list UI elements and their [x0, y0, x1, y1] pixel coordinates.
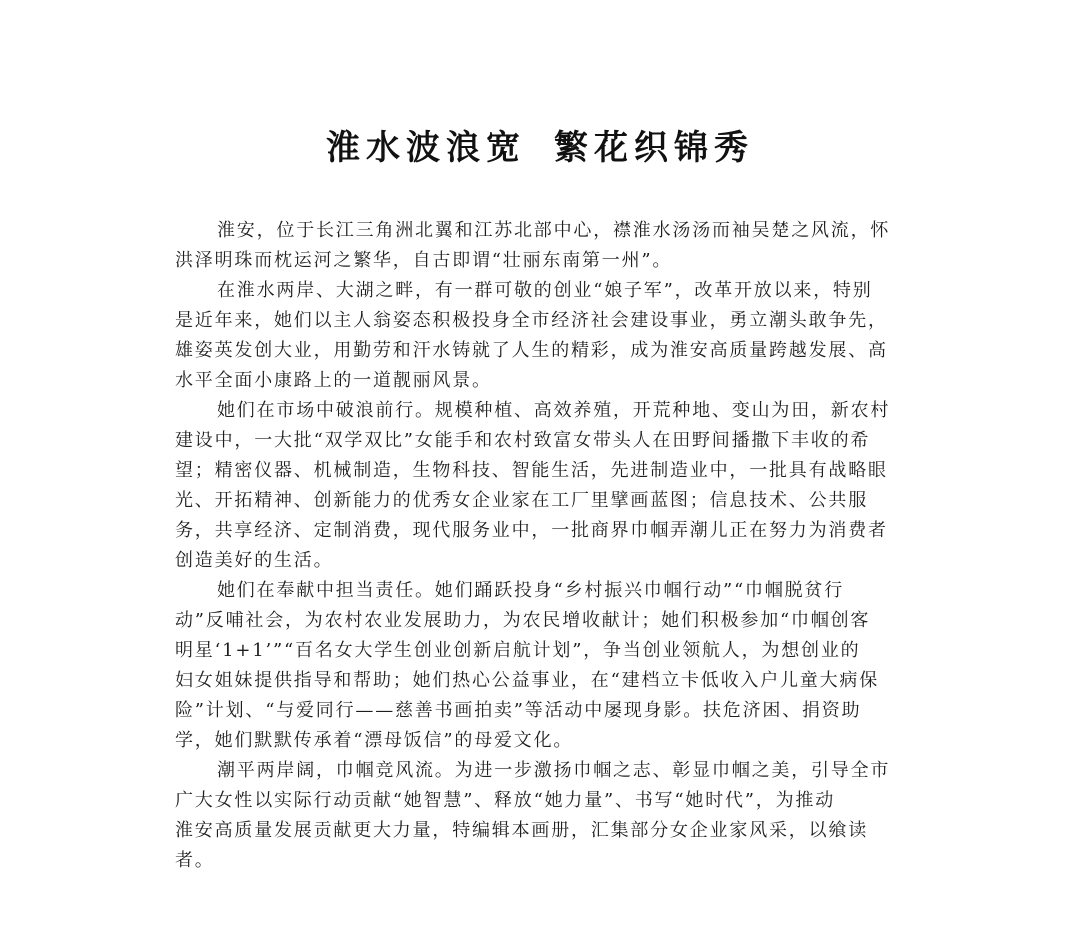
paragraph-1-line-1: 淮安，位于长江三角洲北翼和江苏北部中心，襟淮水汤汤而袖吴楚之风流，怀 [217, 216, 890, 246]
paragraph-3-line-2: 建设中，一大批“双学双比”女能手和农村致富女带头人在田野间播撒下丰收的希 [175, 426, 870, 456]
document-page: 淮水波浪宽繁花织锦秀 淮安，位于长江三角洲北翼和江苏北部中心，襟淮水汤汤而袖吴楚… [0, 0, 1080, 927]
paragraph-5-line-3: 淮安高质量发展贡献更大力量，特编辑本画册，汇集部分女企业家风采，以飨读 [175, 816, 868, 846]
paragraph-3-line-5: 务，共享经济、定制消费，现代服务业中，一批商界巾帼弄潮儿正在努力为消费者 [175, 516, 888, 546]
paragraph-3-line-3: 望；精密仪器、机械制造，生物科技、智能生活，先进制造业中，一批具有战略眼 [175, 456, 888, 486]
paragraph-2-line-4: 水平全面小康路上的一道靓丽风景。 [175, 366, 492, 396]
paragraph-3-line-1: 她们在市场中破浪前行。规模种植、高效养殖，开荒种地、变山为田，新农村 [217, 396, 890, 426]
paragraph-5-line-4: 者。 [175, 846, 215, 876]
title-part-2: 繁花织锦秀 [554, 128, 754, 168]
paragraph-4-line-5: 险”计划、“与爱同行——慈善书画拍卖”等活动中屡现身影。扶危济困、捐资助 [175, 696, 861, 726]
paragraph-1-line-2: 洪泽明珠而枕运河之繁华，自古即谓“壮丽东南第一州”。 [175, 246, 672, 276]
paragraph-4-line-2: 动”反哺社会，为农村农业发展助力，为农民增收献计；她们积极参加“巾帼创客 [175, 606, 870, 636]
paragraph-4-line-3: 明星‘1+1’”“百名女大学生创业创新启航计划”，争当创业领航人，为想创业的 [175, 636, 860, 666]
paragraph-3-line-6: 创造美好的生活。 [175, 546, 333, 576]
paragraph-4-line-1: 她们在奉献中担当责任。她们踊跃投身“乡村振兴巾帼行动”“巾帼脱贫行 [217, 576, 844, 606]
paragraph-4-line-6: 学，她们默默传承着“漂母饭信”的母爱文化。 [175, 726, 573, 756]
page-title: 淮水波浪宽繁花织锦秀 [0, 124, 1080, 172]
paragraph-5-line-2: 广大女性以实际行动贡献“她智慧”、释放“她力量”、书写“她时代”，为推动 [175, 786, 835, 816]
paragraph-4-line-4: 妇女姐妹提供指导和帮助；她们热心公益事业，在“建档立卡低收入户儿童大病保 [175, 666, 879, 696]
paragraph-2-line-3: 雄姿英发创大业，用勤劳和汗水铸就了人生的精彩，成为淮安高质量跨越发展、高 [175, 336, 888, 366]
title-part-1: 淮水波浪宽 [326, 128, 526, 168]
paragraph-5-line-1: 潮平两岸阔，巾帼竞风流。为进一步激扬巾帼之志、彰显巾帼之美，引导全市 [217, 756, 890, 786]
paragraph-3-line-4: 光、开拓精神、创新能力的优秀女企业家在工厂里擘画蓝图；信息技术、公共服 [175, 486, 868, 516]
paragraph-2-line-2: 是近年来，她们以主人翁姿态积极投身全市经济社会建设事业，勇立潮头敢争先， [175, 306, 888, 336]
paragraph-2-line-1: 在淮水两岸、大湖之畔，有一群可敬的创业“娘子军”，改革开放以来，特别 [217, 276, 873, 306]
